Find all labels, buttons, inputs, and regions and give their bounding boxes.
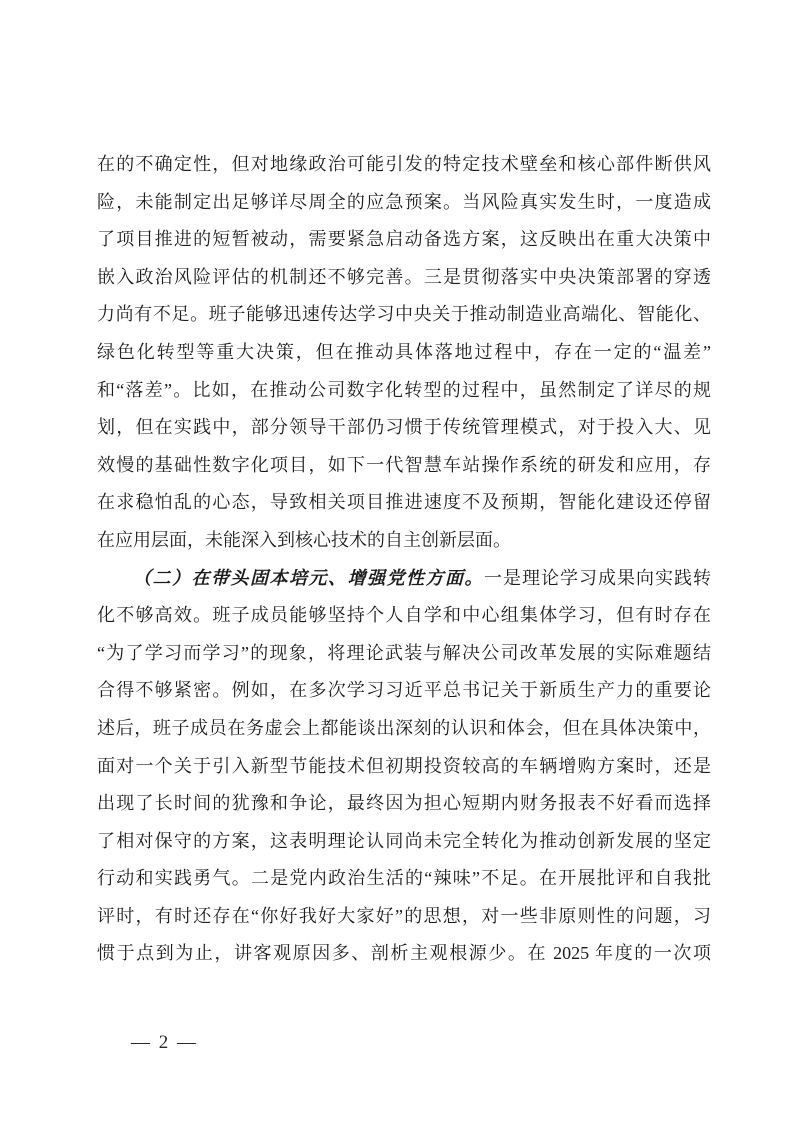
document-page: 在的不确定性，但对地缘政治可能引发的特定技术壁垒和核心部件断供风 险，未能制定出… — [0, 0, 793, 1122]
text-line: 了项目推进的短暂被动，需要紧急启动备选方案，这反映出在重大决策中 — [97, 221, 711, 259]
text-line: 和“落差”。比如，在推动公司数字化转型的过程中，虽然制定了详尽的规 — [97, 372, 711, 410]
text-line: 合得不够紧密。例如，在多次学习习近平总书记关于新质生产力的重要论 — [97, 672, 711, 710]
text-line: 出现了长时间的犹豫和争论，最终因为担心短期内财务报表不好看而选择 — [97, 785, 711, 823]
section-heading: （二）在带头固本培元、增强党性方面。 — [133, 568, 484, 588]
section-body-start: 一是理论学习成果向实践转 — [484, 568, 711, 588]
text-line: 划，但在实践中，部分领导干部仍习惯于传统管理模式，对于投入大、见 — [97, 409, 711, 447]
text-line: 绿色化转型等重大决策，但在推动具体落地过程中，存在一定的“温差” — [97, 334, 711, 372]
text-line: 面对一个关于引入新型节能技术但初期投资较高的车辆增购方案时，还是 — [97, 748, 711, 786]
text-line section-start: （二）在带头固本培元、增强党性方面。一是理论学习成果向实践转 — [97, 560, 711, 598]
text-line: 化不够高效。班子成员能够坚持个人自学和中心组集体学习，但有时存在 — [97, 597, 711, 635]
text-line: 惯于点到为止，讲客观原因多、剖析主观根源少。在 2025 年度的一次项 — [97, 935, 711, 973]
text-line paragraph-end: 在应用层面，未能深入到核心技术的自主创新层面。 — [97, 522, 711, 560]
text-line: 嵌入政治风险评估的机制还不够完善。三是贯彻落实中央决策部署的穿透 — [97, 259, 711, 297]
text-line: 了相对保守的方案，这表明理论认同尚未完全转化为推动创新发展的坚定 — [97, 823, 711, 861]
body-text: 在的不确定性，但对地缘政治可能引发的特定技术壁垒和核心部件断供风 险，未能制定出… — [97, 146, 711, 973]
page-number: — 2 — — [131, 1032, 198, 1053]
text-line: 险，未能制定出足够详尽周全的应急预案。当风险真实发生时，一度造成 — [97, 184, 711, 222]
text-line: 行动和实践勇气。二是党内政治生活的“辣味”不足。在开展批评和自我批 — [97, 860, 711, 898]
text-line: “为了学习而学习”的现象，将理论武装与解决公司改革发展的实际难题结 — [97, 635, 711, 673]
text-line: 评时，有时还存在“你好我好大家好”的思想，对一些非原则性的问题，习 — [97, 898, 711, 936]
text-line: 力尚有不足。班子能够迅速传达学习中央关于推动制造业高端化、智能化、 — [97, 296, 711, 334]
page-footer: — 2 — — [131, 1028, 198, 1058]
text-line: 在求稳怕乱的心态，导致相关项目推进速度不及预期，智能化建设还停留 — [97, 484, 711, 522]
text-line: 在的不确定性，但对地缘政治可能引发的特定技术壁垒和核心部件断供风 — [97, 146, 711, 184]
text-line: 效慢的基础性数字化项目，如下一代智慧车站操作系统的研发和应用，存 — [97, 447, 711, 485]
text-line: 述后，班子成员在务虚会上都能谈出深刻的认识和体会，但在具体决策中， — [97, 710, 711, 748]
